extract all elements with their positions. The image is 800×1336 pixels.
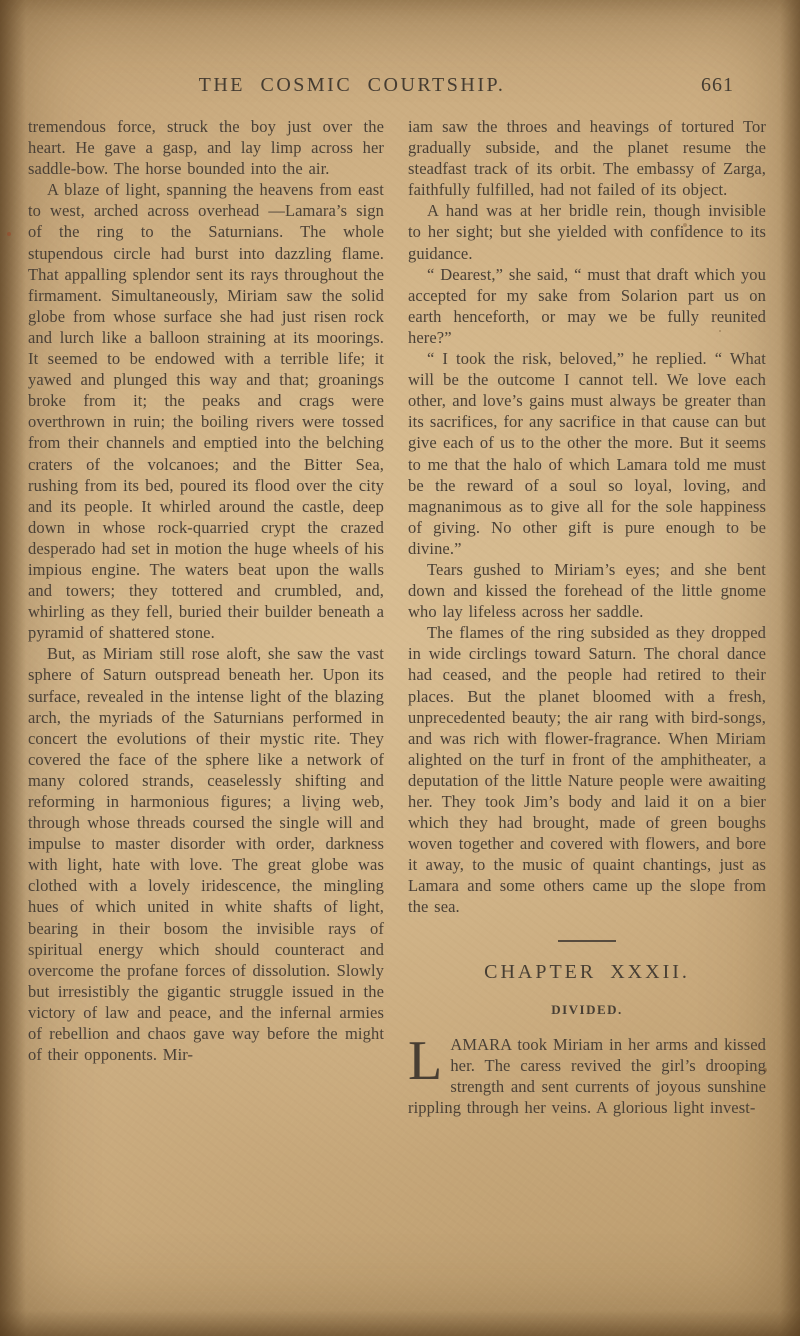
paragraph: “ Dearest,” she said, “ must that draft … bbox=[408, 264, 766, 348]
paper-specks bbox=[0, 0, 2, 2]
chapter-heading: CHAPTER XXXII. bbox=[408, 962, 766, 983]
text-column-right: iam saw the throes and heavings of tortu… bbox=[408, 116, 766, 1118]
page-edge-shading-bottom bbox=[0, 1310, 800, 1336]
paragraph: tremendous force, struck the boy just ov… bbox=[28, 116, 384, 179]
book-page: THE COSMIC COURTSHIP. 661 tremendous for… bbox=[0, 0, 800, 1336]
page-header: THE COSMIC COURTSHIP. 661 bbox=[0, 74, 800, 100]
section-divider bbox=[558, 940, 616, 942]
page-edge-shading-right bbox=[780, 0, 800, 1336]
chapter-opening-text: AMARA took Miriam in her arms and kissed… bbox=[408, 1035, 766, 1117]
paragraph: A hand was at her bridle rein, though in… bbox=[408, 200, 766, 263]
paragraph: LAMARA took Miriam in her arms and kisse… bbox=[408, 1034, 766, 1118]
running-title: THE COSMIC COURTSHIP. bbox=[0, 74, 704, 97]
text-column-left: tremendous force, struck the boy just ov… bbox=[28, 116, 384, 1065]
paragraph: iam saw the throes and heavings of tortu… bbox=[408, 116, 766, 200]
paragraph: But, as Miriam still rose aloft, she saw… bbox=[28, 643, 384, 1065]
paragraph: The flames of the ring subsided as they … bbox=[408, 622, 766, 917]
page-number: 661 bbox=[701, 74, 734, 97]
paragraph: A blaze of light, spanning the heavens f… bbox=[28, 179, 384, 643]
right-column-paragraphs: iam saw the throes and heavings of tortu… bbox=[408, 116, 766, 918]
paragraph: Tears gushed to Miriam’s eyes; and she b… bbox=[408, 559, 766, 622]
chapter-subtitle: DIVIDED. bbox=[408, 999, 766, 1020]
paragraph: “ I took the risk, beloved,” he replied.… bbox=[408, 348, 766, 559]
chapter-opening-paragraph: LAMARA took Miriam in her arms and kisse… bbox=[408, 1034, 766, 1118]
page-edge-shading-left bbox=[0, 0, 26, 1336]
drop-cap: L bbox=[408, 1034, 450, 1084]
